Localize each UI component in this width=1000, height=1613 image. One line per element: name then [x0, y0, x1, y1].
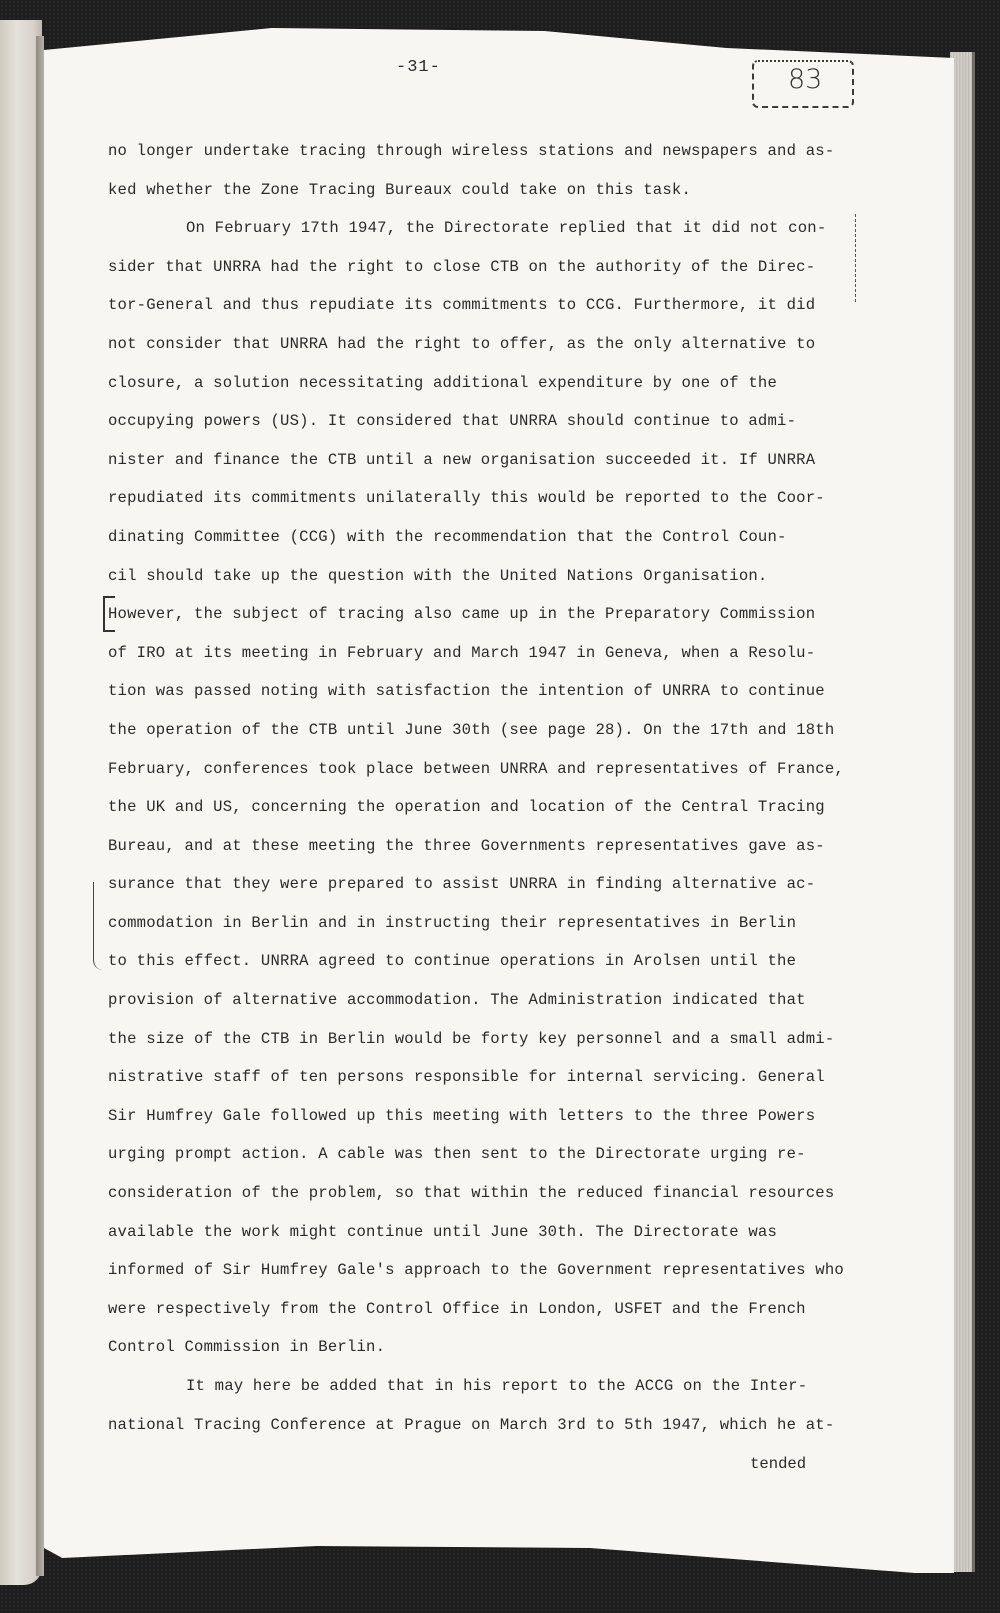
- text-line: the operation of the CTB until June 30th…: [108, 711, 848, 750]
- text-line: available the work might continue until …: [108, 1213, 848, 1252]
- text-line: the size of the CTB in Berlin would be f…: [108, 1020, 848, 1059]
- text-line: tor-General and thus repudiate its commi…: [108, 286, 848, 325]
- text-line: the UK and US, concerning the operation …: [108, 788, 848, 827]
- folio-stamp-number: 83: [788, 64, 822, 95]
- text-line: On February 17th 1947, the Directorate r…: [108, 209, 848, 248]
- text-line: closure, a solution necessitating additi…: [108, 364, 848, 403]
- text-line: Bureau, and at these meeting the three G…: [108, 827, 848, 866]
- text-line: nistrative staff of ten persons responsi…: [108, 1058, 848, 1097]
- text-line: dinating Committee (CCG) with the recomm…: [108, 518, 848, 557]
- text-line: February, conferences took place between…: [108, 750, 848, 789]
- text-line: Sir Humfrey Gale followed up this meetin…: [108, 1097, 848, 1136]
- text-line: ked whether the Zone Tracing Bureaux cou…: [108, 171, 848, 210]
- body-text: no longer undertake tracing through wire…: [108, 132, 848, 1444]
- text-line: It may here be added that in his report …: [108, 1367, 848, 1406]
- catchword: tended: [750, 1455, 806, 1473]
- text-line: cil should take up the question with the…: [108, 557, 848, 596]
- text-line: Control Commission in Berlin.: [108, 1328, 848, 1367]
- text-line: However, the subject of tracing also cam…: [108, 595, 848, 634]
- book-gutter: [36, 36, 44, 1576]
- text-line: repudiated its commitments unilaterally …: [108, 479, 848, 518]
- text-line: surance that they were prepared to assis…: [108, 865, 848, 904]
- text-line: commodation in Berlin and in instructing…: [108, 904, 848, 943]
- text-line: no longer undertake tracing through wire…: [108, 132, 848, 171]
- text-line: occupying powers (US). It considered tha…: [108, 402, 848, 441]
- text-line: national Tracing Conference at Prague on…: [108, 1406, 848, 1445]
- margin-pencil-mark: [855, 214, 856, 302]
- margin-bracket-mark: [93, 882, 104, 970]
- text-line: consideration of the problem, so that wi…: [108, 1174, 848, 1213]
- text-line: tion was passed noting with satisfaction…: [108, 672, 848, 711]
- text-line: provision of alternative accommodation. …: [108, 981, 848, 1020]
- text-line: of IRO at its meeting in February and Ma…: [108, 634, 848, 673]
- text-line: nister and finance the CTB until a new o…: [108, 441, 848, 480]
- page-number: -31-: [396, 58, 441, 77]
- text-line: informed of Sir Humfrey Gale's approach …: [108, 1251, 848, 1290]
- text-line: were respectively from the Control Offic…: [108, 1290, 848, 1329]
- text-line: urging prompt action. A cable was then s…: [108, 1135, 848, 1174]
- text-line: not consider that UNRRA had the right to…: [108, 325, 848, 364]
- text-line: sider that UNRRA had the right to close …: [108, 248, 848, 287]
- text-line: to this effect. UNRRA agreed to continue…: [108, 942, 848, 981]
